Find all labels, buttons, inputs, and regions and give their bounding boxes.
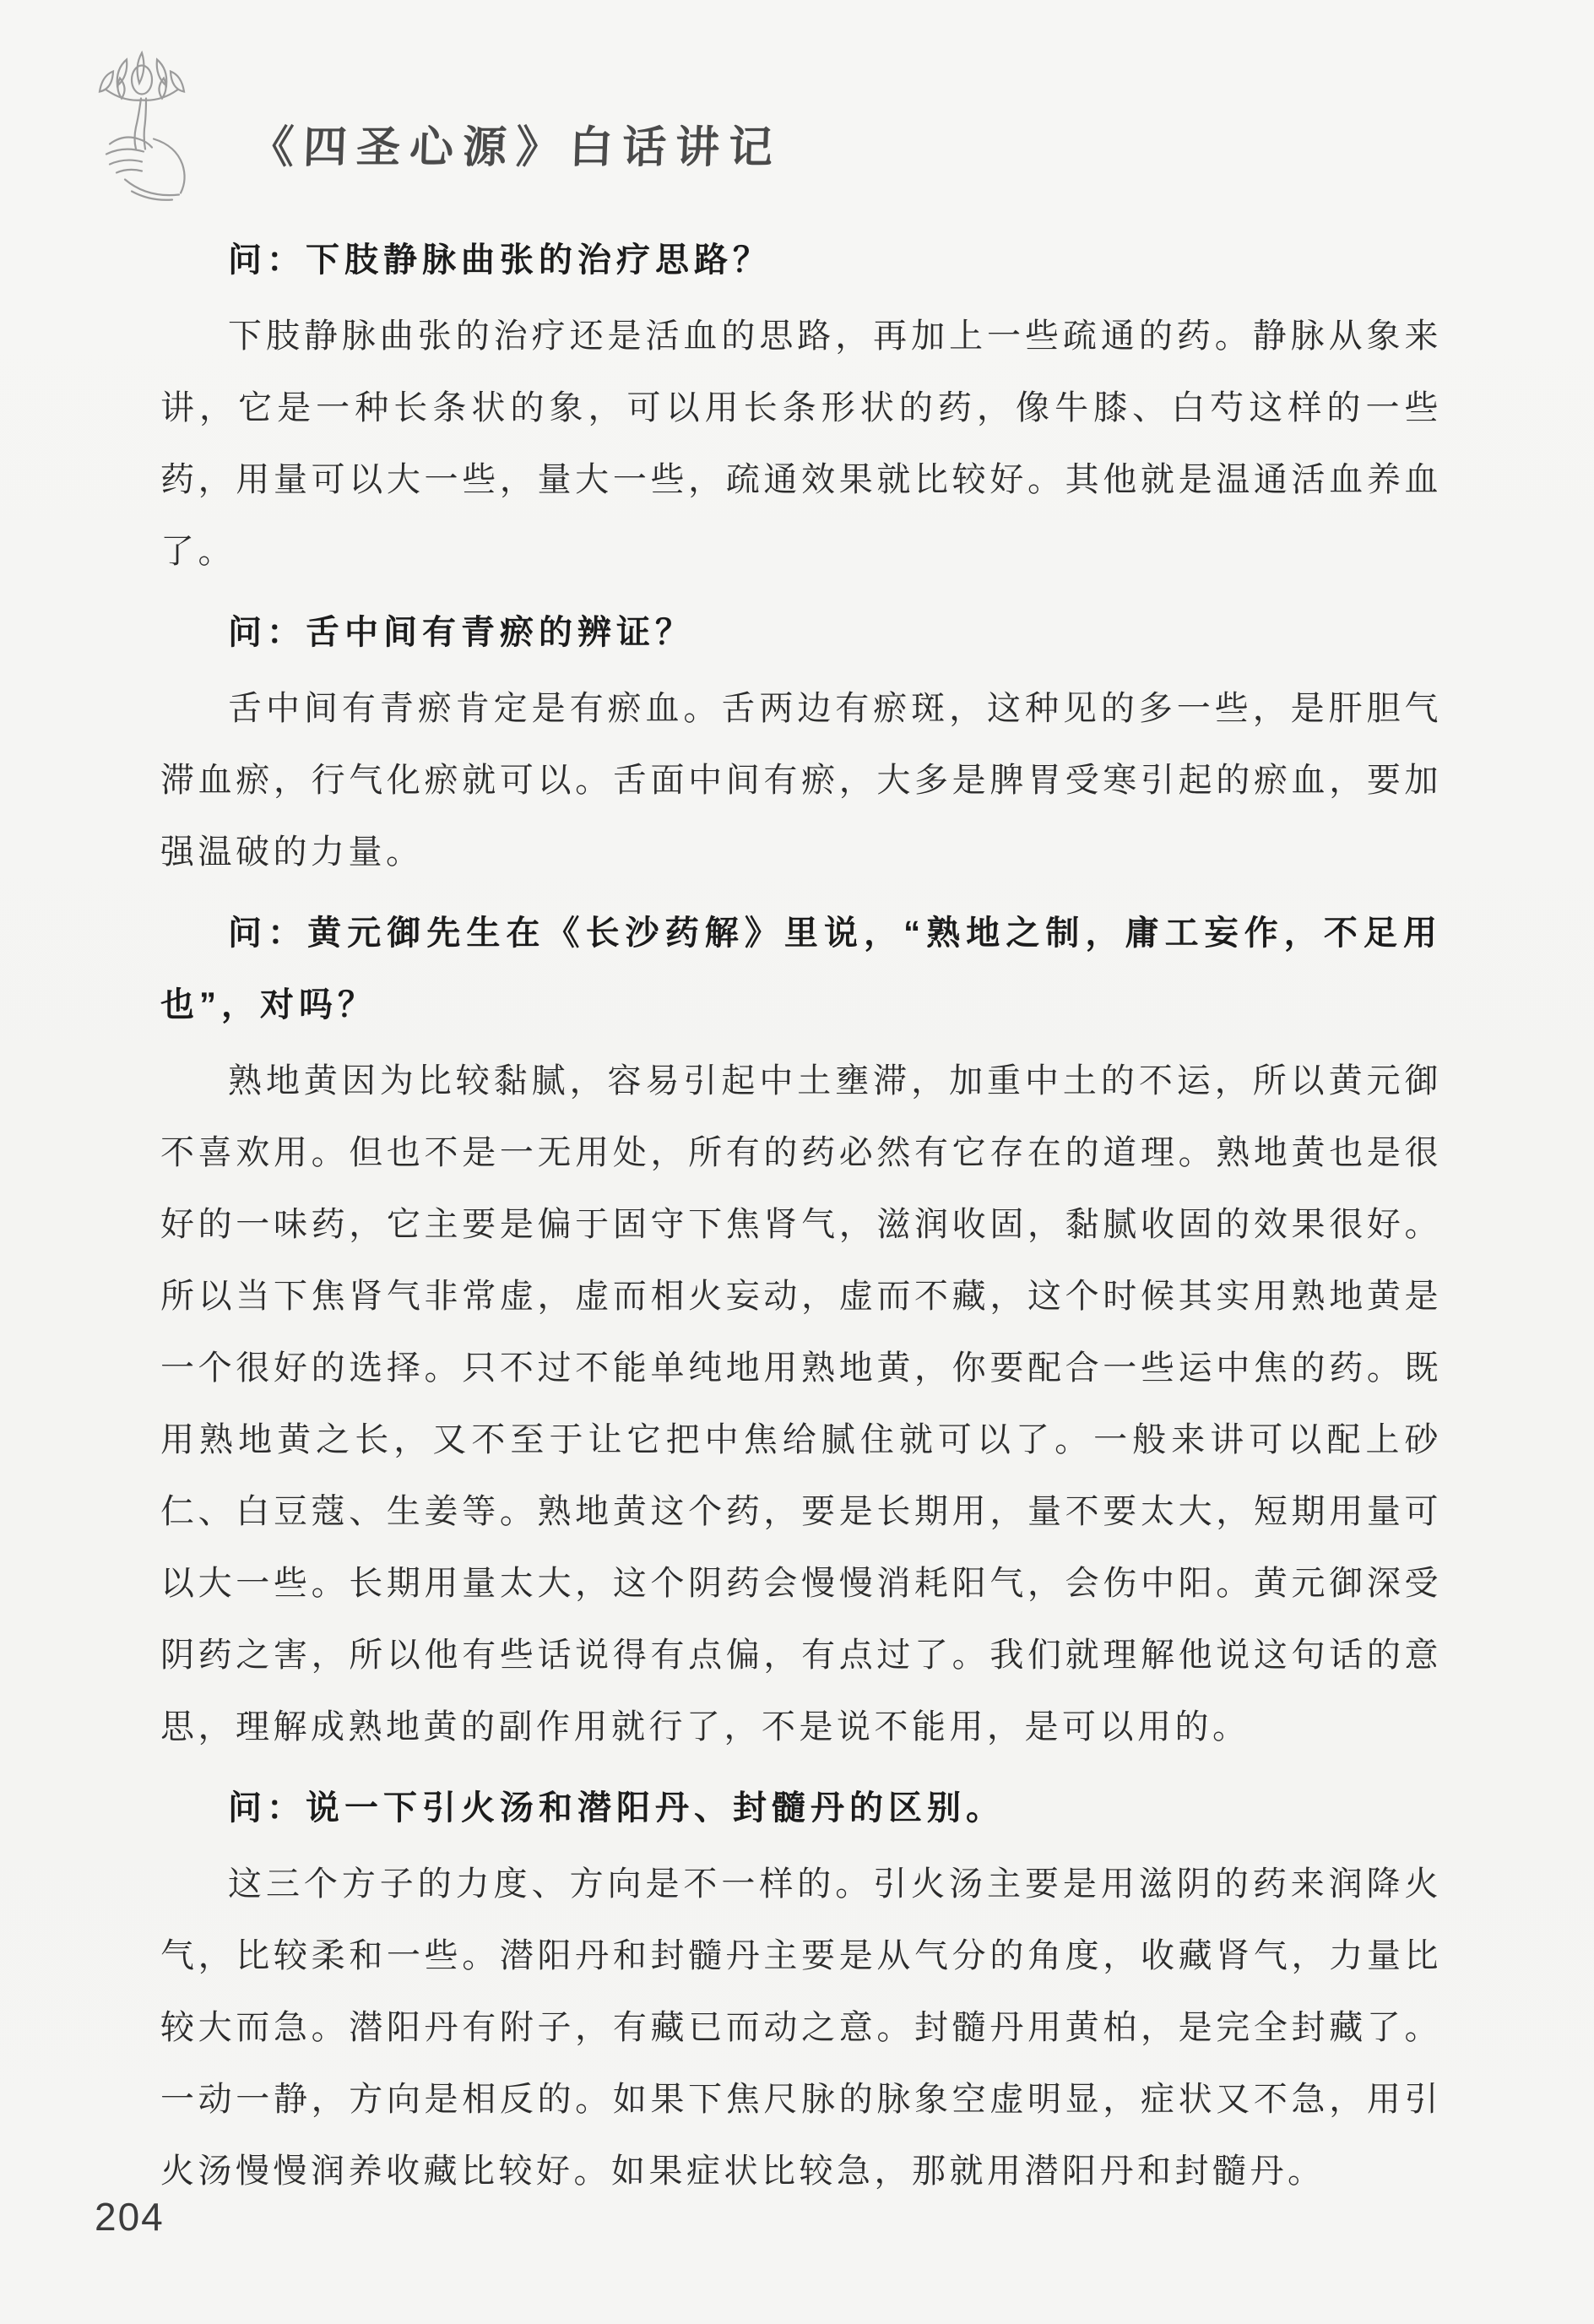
answer-paragraph: 舌中间有青瘀肯定是有瘀血。舌两边有瘀斑，这种见的多一些，是肝胆气滞血瘀，行气化瘀… xyxy=(160,672,1442,888)
book-title: 《四圣心源》白话讲记 xyxy=(249,123,783,174)
qa-section-4: 问：说一下引火汤和潜阳丹、封髓丹的区别。 这三个方子的力度、方向是不一样的。引火… xyxy=(160,1773,1442,2207)
page-content: 问：下肢静脉曲张的治疗思路？ 下肢静脉曲张的治疗还是活血的思路，再加上一些疏通的… xyxy=(160,225,1442,2207)
answer-paragraph: 这三个方子的力度、方向是不一样的。引火汤主要是用滋阴的药来润降火气，比较柔和一些… xyxy=(160,1848,1442,2207)
qa-section-1: 问：下肢静脉曲张的治疗思路？ 下肢静脉曲张的治疗还是活血的思路，再加上一些疏通的… xyxy=(160,225,1442,587)
page-header: 《四圣心源》白话讲记 xyxy=(0,0,1594,218)
qa-section-2: 问：舌中间有青瘀的辨证？ 舌中间有青瘀肯定是有瘀血。舌两边有瘀斑，这种见的多一些… xyxy=(160,597,1442,888)
question-heading: 问：黄元御先生在《长沙药解》里说，“熟地之制，庸工妄作，不足用也”，对吗？ xyxy=(160,898,1442,1041)
question-heading: 问：下肢静脉曲张的治疗思路？ xyxy=(160,225,1442,296)
answer-paragraph: 熟地黄因为比较黏腻，容易引起中土壅滞，加重中土的不运，所以黄元御不喜欢用。但也不… xyxy=(160,1045,1442,1762)
answer-paragraph: 下肢静脉曲张的治疗还是活血的思路，再加上一些疏通的药。静脉从象来讲，它是一种长条… xyxy=(160,300,1442,587)
qa-section-3: 问：黄元御先生在《长沙药解》里说，“熟地之制，庸工妄作，不足用也”，对吗？ 熟地… xyxy=(160,898,1442,1762)
page-number: 204 xyxy=(95,2194,165,2240)
hand-holding-lotus-icon xyxy=(76,37,245,210)
question-heading: 问：舌中间有青瘀的辨证？ xyxy=(160,597,1442,669)
question-heading: 问：说一下引火汤和潜阳丹、封髓丹的区别。 xyxy=(160,1773,1442,1844)
